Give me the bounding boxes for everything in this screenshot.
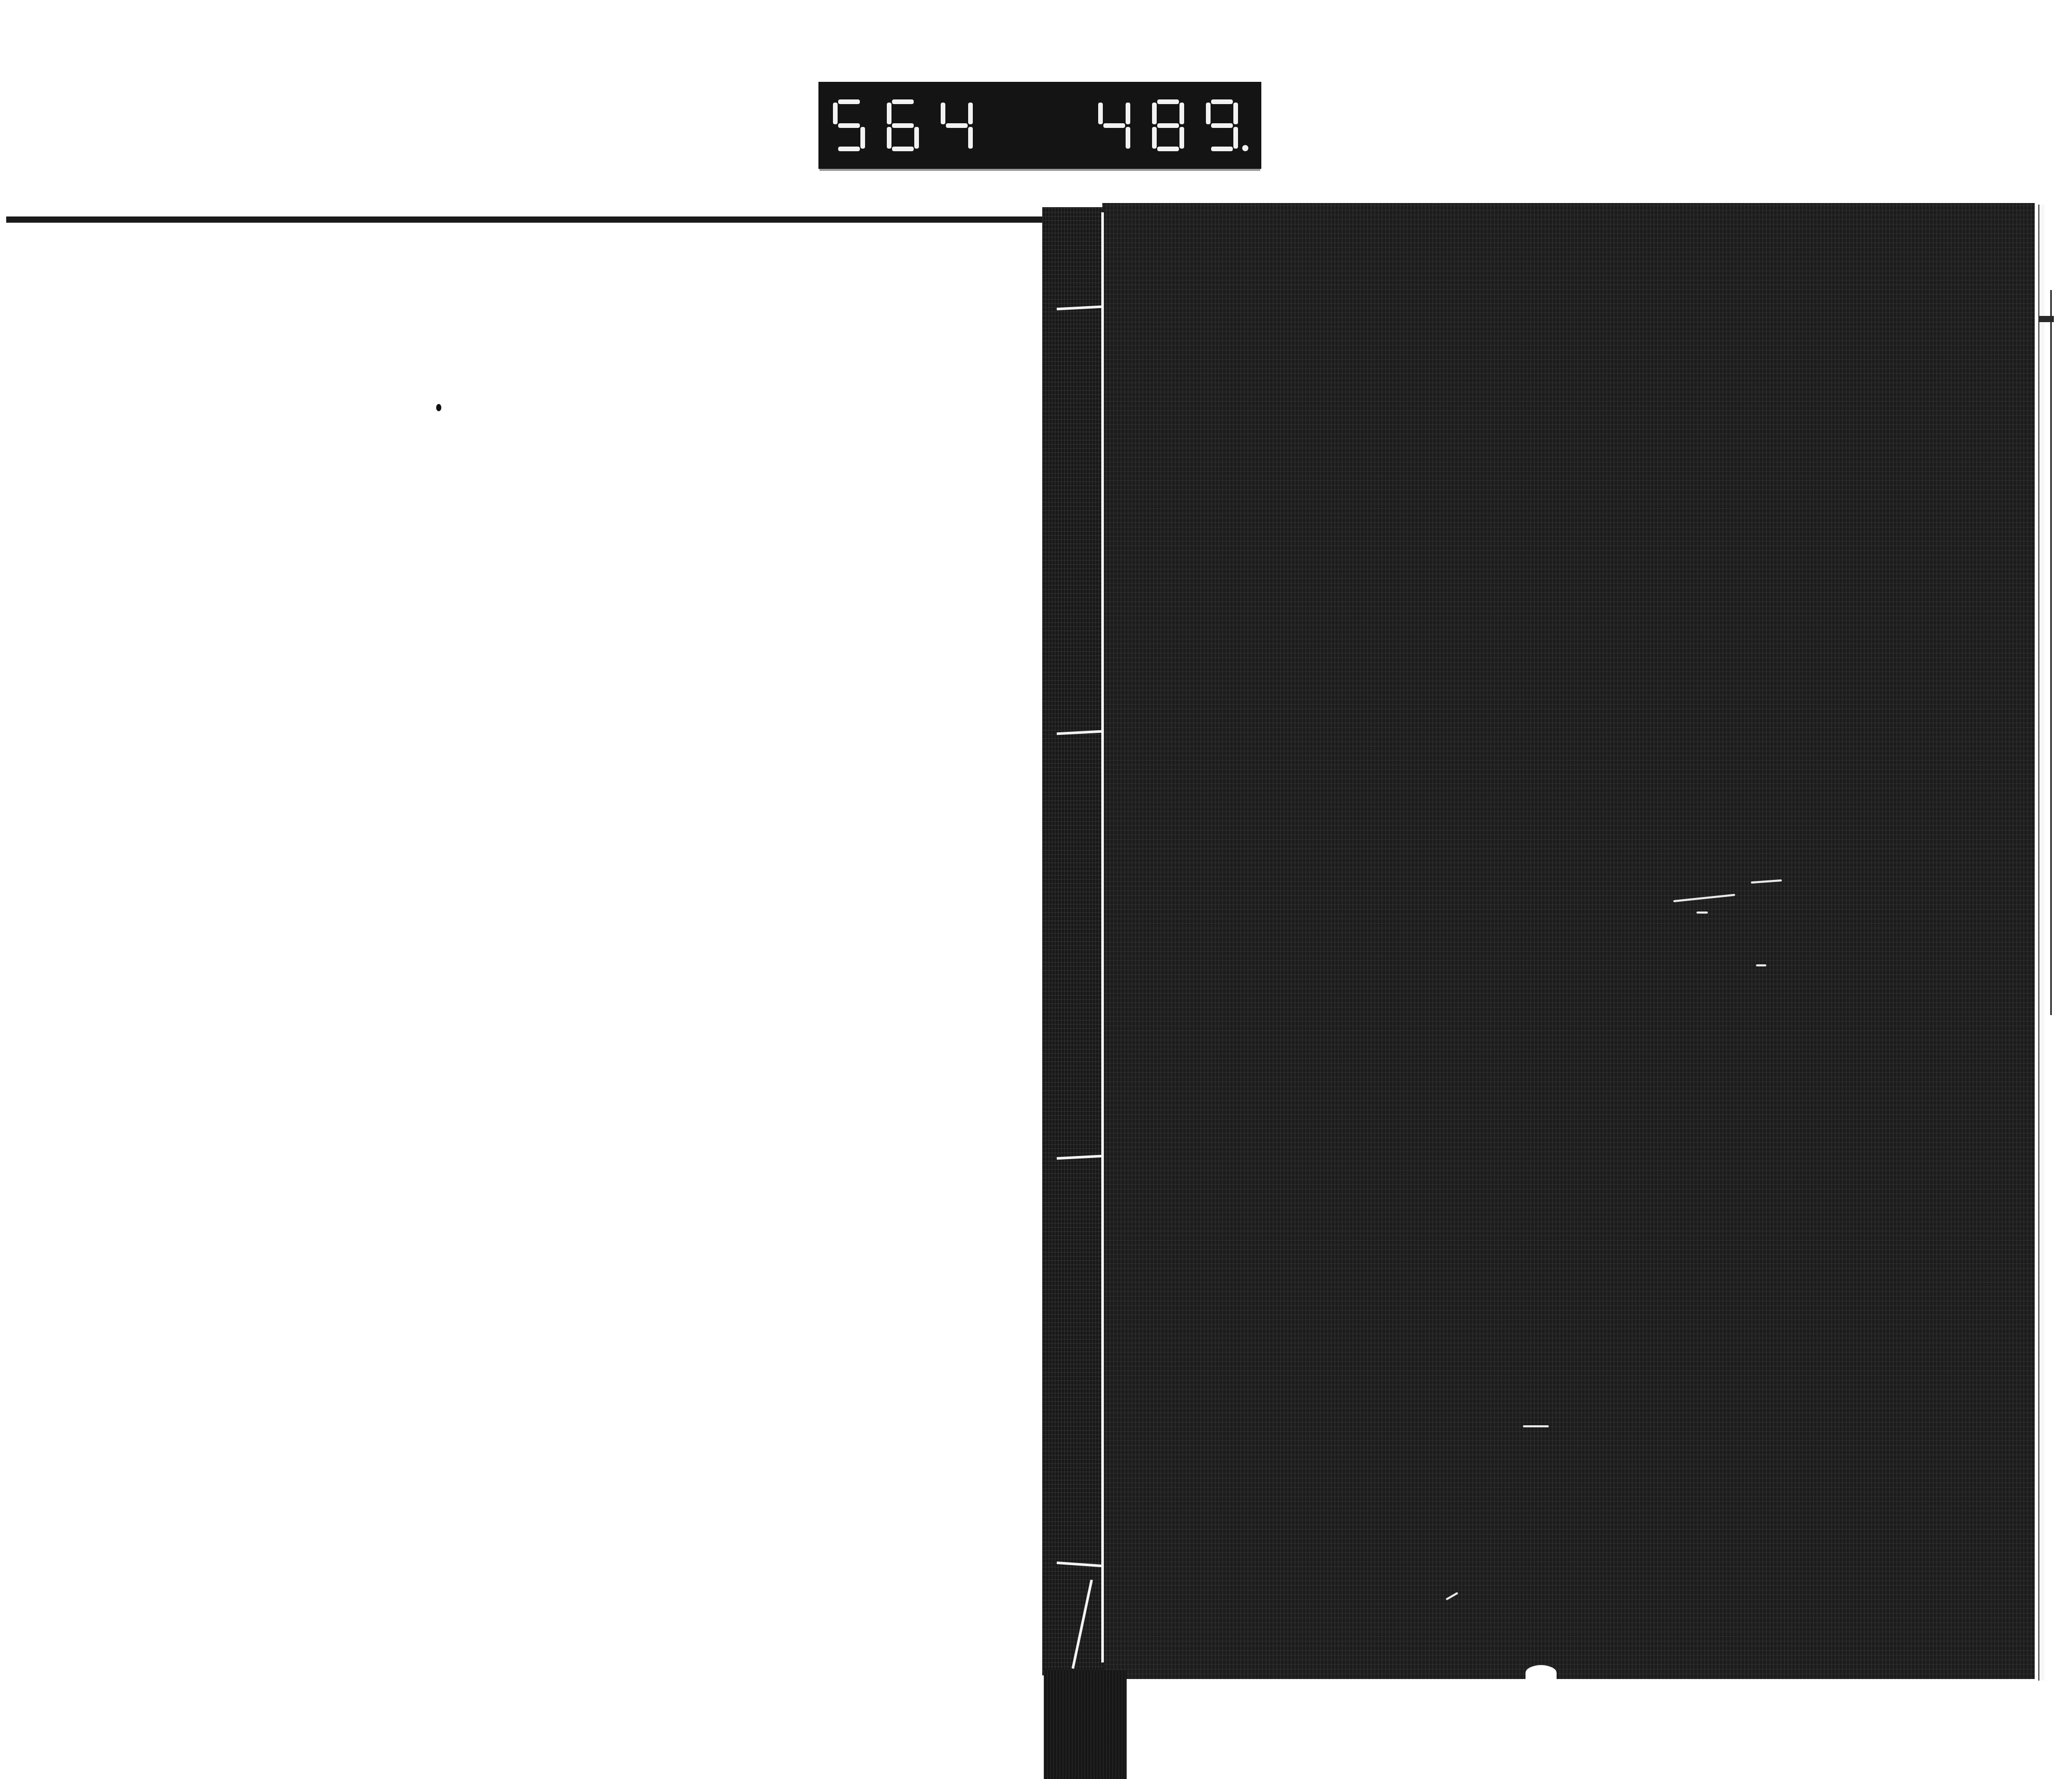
seven-segment-digit [1206, 99, 1238, 151]
cover-scratch [1523, 1425, 1549, 1427]
seven-segment-digit [1152, 99, 1184, 151]
call-number-digits [818, 82, 1260, 169]
scanned-page: 564 489. [0, 0, 2072, 1779]
page-edge-tab [2038, 316, 2054, 322]
cover-scratch [1696, 912, 1708, 914]
book-spine [1042, 207, 1103, 1675]
cover-scratch [1756, 964, 1766, 966]
seven-segment-digit [941, 99, 973, 151]
scan-speck [436, 404, 441, 411]
horizontal-rule [6, 216, 1042, 223]
binding-thread [1101, 212, 1104, 1662]
call-number-label: 564 489. [818, 82, 1261, 169]
seven-segment-digit [833, 99, 865, 151]
cover-wear-mark [1526, 1665, 1557, 1681]
seven-segment-digit [887, 99, 919, 151]
book-cover [1102, 203, 2035, 1679]
spine-bottom-tab [1044, 1670, 1127, 1779]
page-edge-line [2050, 290, 2052, 1015]
page-edge [2038, 205, 2045, 1681]
seven-segment-digit [1098, 99, 1130, 151]
